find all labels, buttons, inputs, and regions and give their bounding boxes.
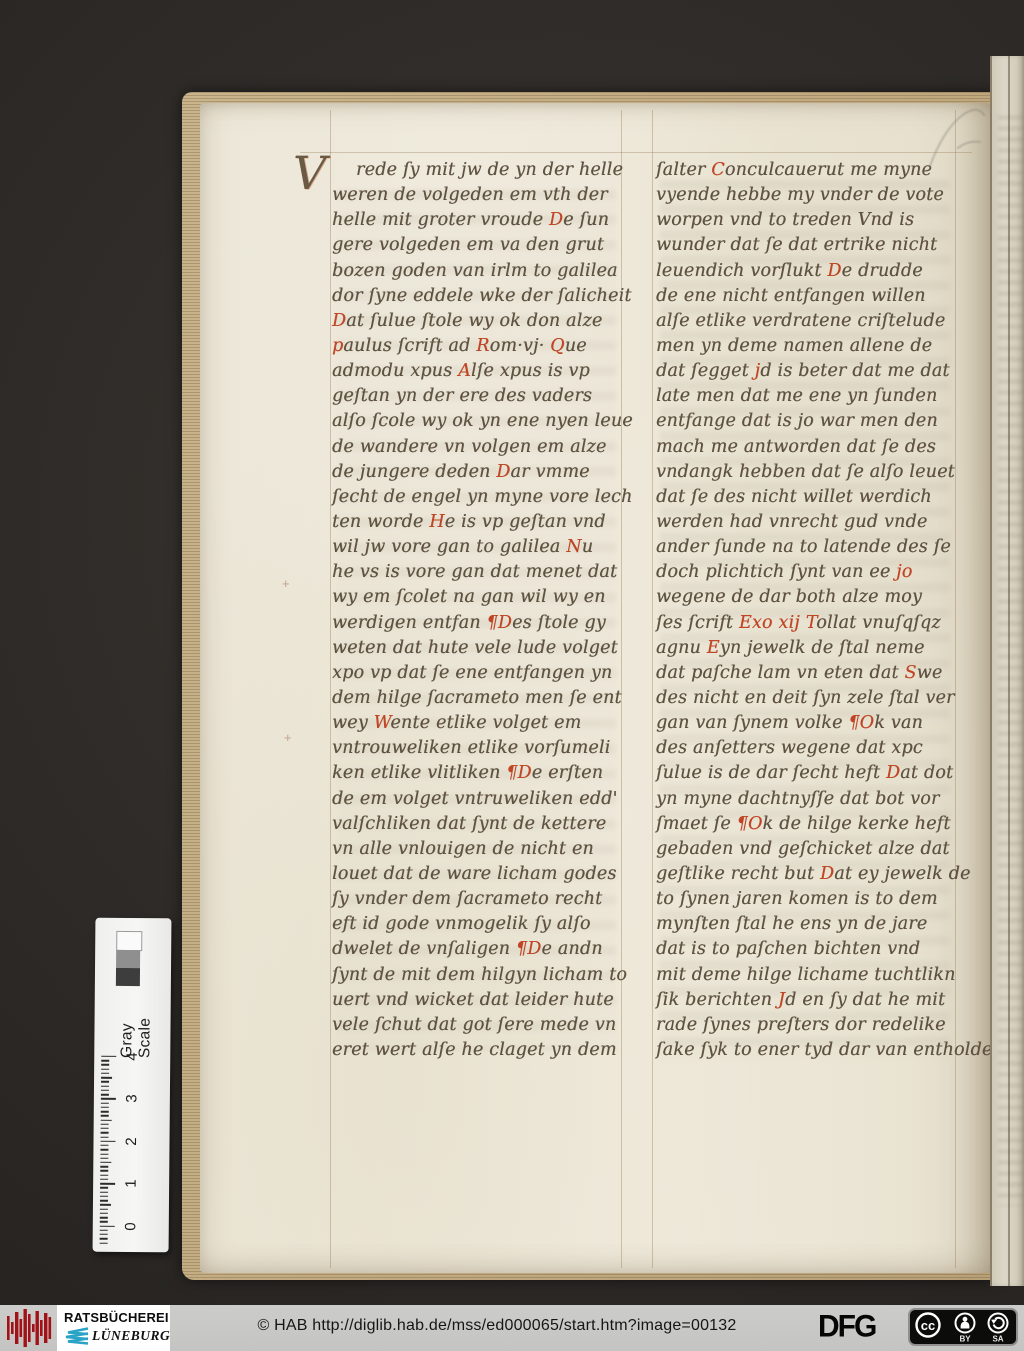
margin-mark: + <box>284 730 292 745</box>
library-name-line2: LÜNEBURG <box>92 1328 170 1344</box>
cc-by-sa-icons: cc BY SA <box>913 1311 1013 1343</box>
cc-license-badge: cc BY SA <box>908 1308 1018 1346</box>
margin-mark: + <box>282 576 290 591</box>
pencil-mark <box>918 88 998 188</box>
library-logo: RATSBÜCHEREI LÜNEBURG <box>57 1305 170 1351</box>
cc-by-label: BY <box>959 1335 971 1344</box>
ruling-line-horizontal <box>300 152 972 153</box>
decorated-initial: V <box>293 146 326 200</box>
dfg-logo: DFG <box>818 1309 875 1345</box>
copyright-text: © HAB http://diglib.hab.de/mss/ed000065/… <box>200 1317 794 1335</box>
folio-seam <box>1008 56 1010 1286</box>
library-waves-icon <box>63 1327 89 1345</box>
cc-by-icon: BY <box>956 1314 975 1344</box>
footer-bar: RATSBÜCHEREI LÜNEBURG © HAB http://digli… <box>0 1305 1024 1351</box>
gray-patch-mid <box>116 950 140 968</box>
cc-sa-icon: SA <box>989 1314 1008 1344</box>
manuscript-column-right: ſalter Conculcauerut me mynevyende hebbe… <box>656 158 961 1063</box>
svg-text:cc: cc <box>921 1318 935 1333</box>
gray-patch-white <box>116 931 142 951</box>
ruling-line-col2-left <box>652 110 653 1268</box>
grayscale-ruler-card: Gray Scale 43210 <box>93 918 172 1253</box>
cc-sa-label: SA <box>992 1335 1003 1344</box>
next-folio-showthrough <box>998 116 1024 1206</box>
manuscript-column-left: rede ſy mit jw de yn der helleweren de v… <box>332 158 637 1063</box>
next-folio-edge <box>990 56 1024 1286</box>
library-logo-bars-icon <box>7 1309 53 1347</box>
ruler-ticks: 43210 <box>100 1056 152 1248</box>
ruling-line-col1-left <box>330 110 331 1268</box>
library-name-line1: RATSBÜCHEREI <box>64 1310 169 1325</box>
cc-icon: cc <box>917 1314 940 1337</box>
